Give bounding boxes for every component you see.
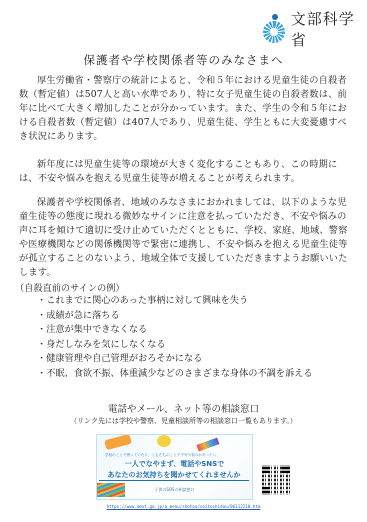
banner-headline: 一人でなやまず、電話やSNSで	[97, 459, 252, 469]
sign-item: 注意が集中できなくなる	[37, 323, 313, 338]
contact-note: （リンク先には学校や警察、児童相談所等の相談窓口一覧もあります。）	[0, 416, 367, 426]
qr-code-icon[interactable]	[262, 465, 290, 495]
banner-small-text: 学校のことで困っていたり、ともだちのことで不安や悩みがあったら、	[105, 453, 220, 458]
markers-decoration-icon	[196, 437, 219, 451]
sos-consultation-banner[interactable]: 学校のことで困っていたり、ともだちのことで不安や悩みがあったら、 一人でなやまず…	[96, 434, 253, 500]
signs-list: これまでに関心のあった事柄に対して興味を失う 成績が急に落ちる 注意が集中できな…	[37, 294, 313, 382]
paragraph-statistics: 厚生労働省・警察庁の統計によると、令和５年における児童生徒の自殺者数（暫定値）は…	[19, 74, 349, 144]
paragraph-request: 保護者や学校関係者、地域のみなさまにおかれましては、以下のような児童生徒等の態度…	[19, 196, 349, 280]
sign-item: 身だしなみを気にしなくなる	[37, 338, 313, 353]
paragraph-new-school-year: 新年度には児童生徒等の環境が大きく変化することもあり、この時期には、不安や悩みを…	[19, 158, 349, 186]
sign-item: 健康管理や自己管理がおろそかになる	[37, 352, 313, 367]
logo-dot	[272, 14, 278, 20]
logo-sun	[263, 21, 285, 43]
sign-item: 不眠、食欲不振、体重減少などのさまざまな身体の不調を訴える	[37, 367, 313, 382]
tape-decoration-icon	[157, 435, 171, 447]
mext-sun-emblem-icon	[262, 14, 287, 44]
banner-footer: 子供のSOSの相談窓口	[97, 487, 252, 493]
logo-text: 文部科学省	[291, 8, 367, 50]
signs-heading: （自殺直前のサインの例）	[15, 280, 125, 294]
sign-item: 成績が急に落ちる	[37, 309, 313, 324]
document-title: 保護者や学校関係者等のみなさまへ	[0, 52, 367, 68]
eraser-decoration-icon	[104, 434, 132, 450]
banner-subheadline: あなたのお気持ちを聞かせてくれませんか	[99, 470, 249, 481]
consultation-link[interactable]: https://www.mext.go.jp/a_menu/shotou/sei…	[0, 504, 367, 509]
sign-item: これまでに関心のあった事柄に対して興味を失う	[37, 294, 313, 309]
contact-title: 電話やメール、ネット等の相談窓口	[0, 401, 367, 415]
mext-logo: 文部科学省	[262, 8, 367, 50]
